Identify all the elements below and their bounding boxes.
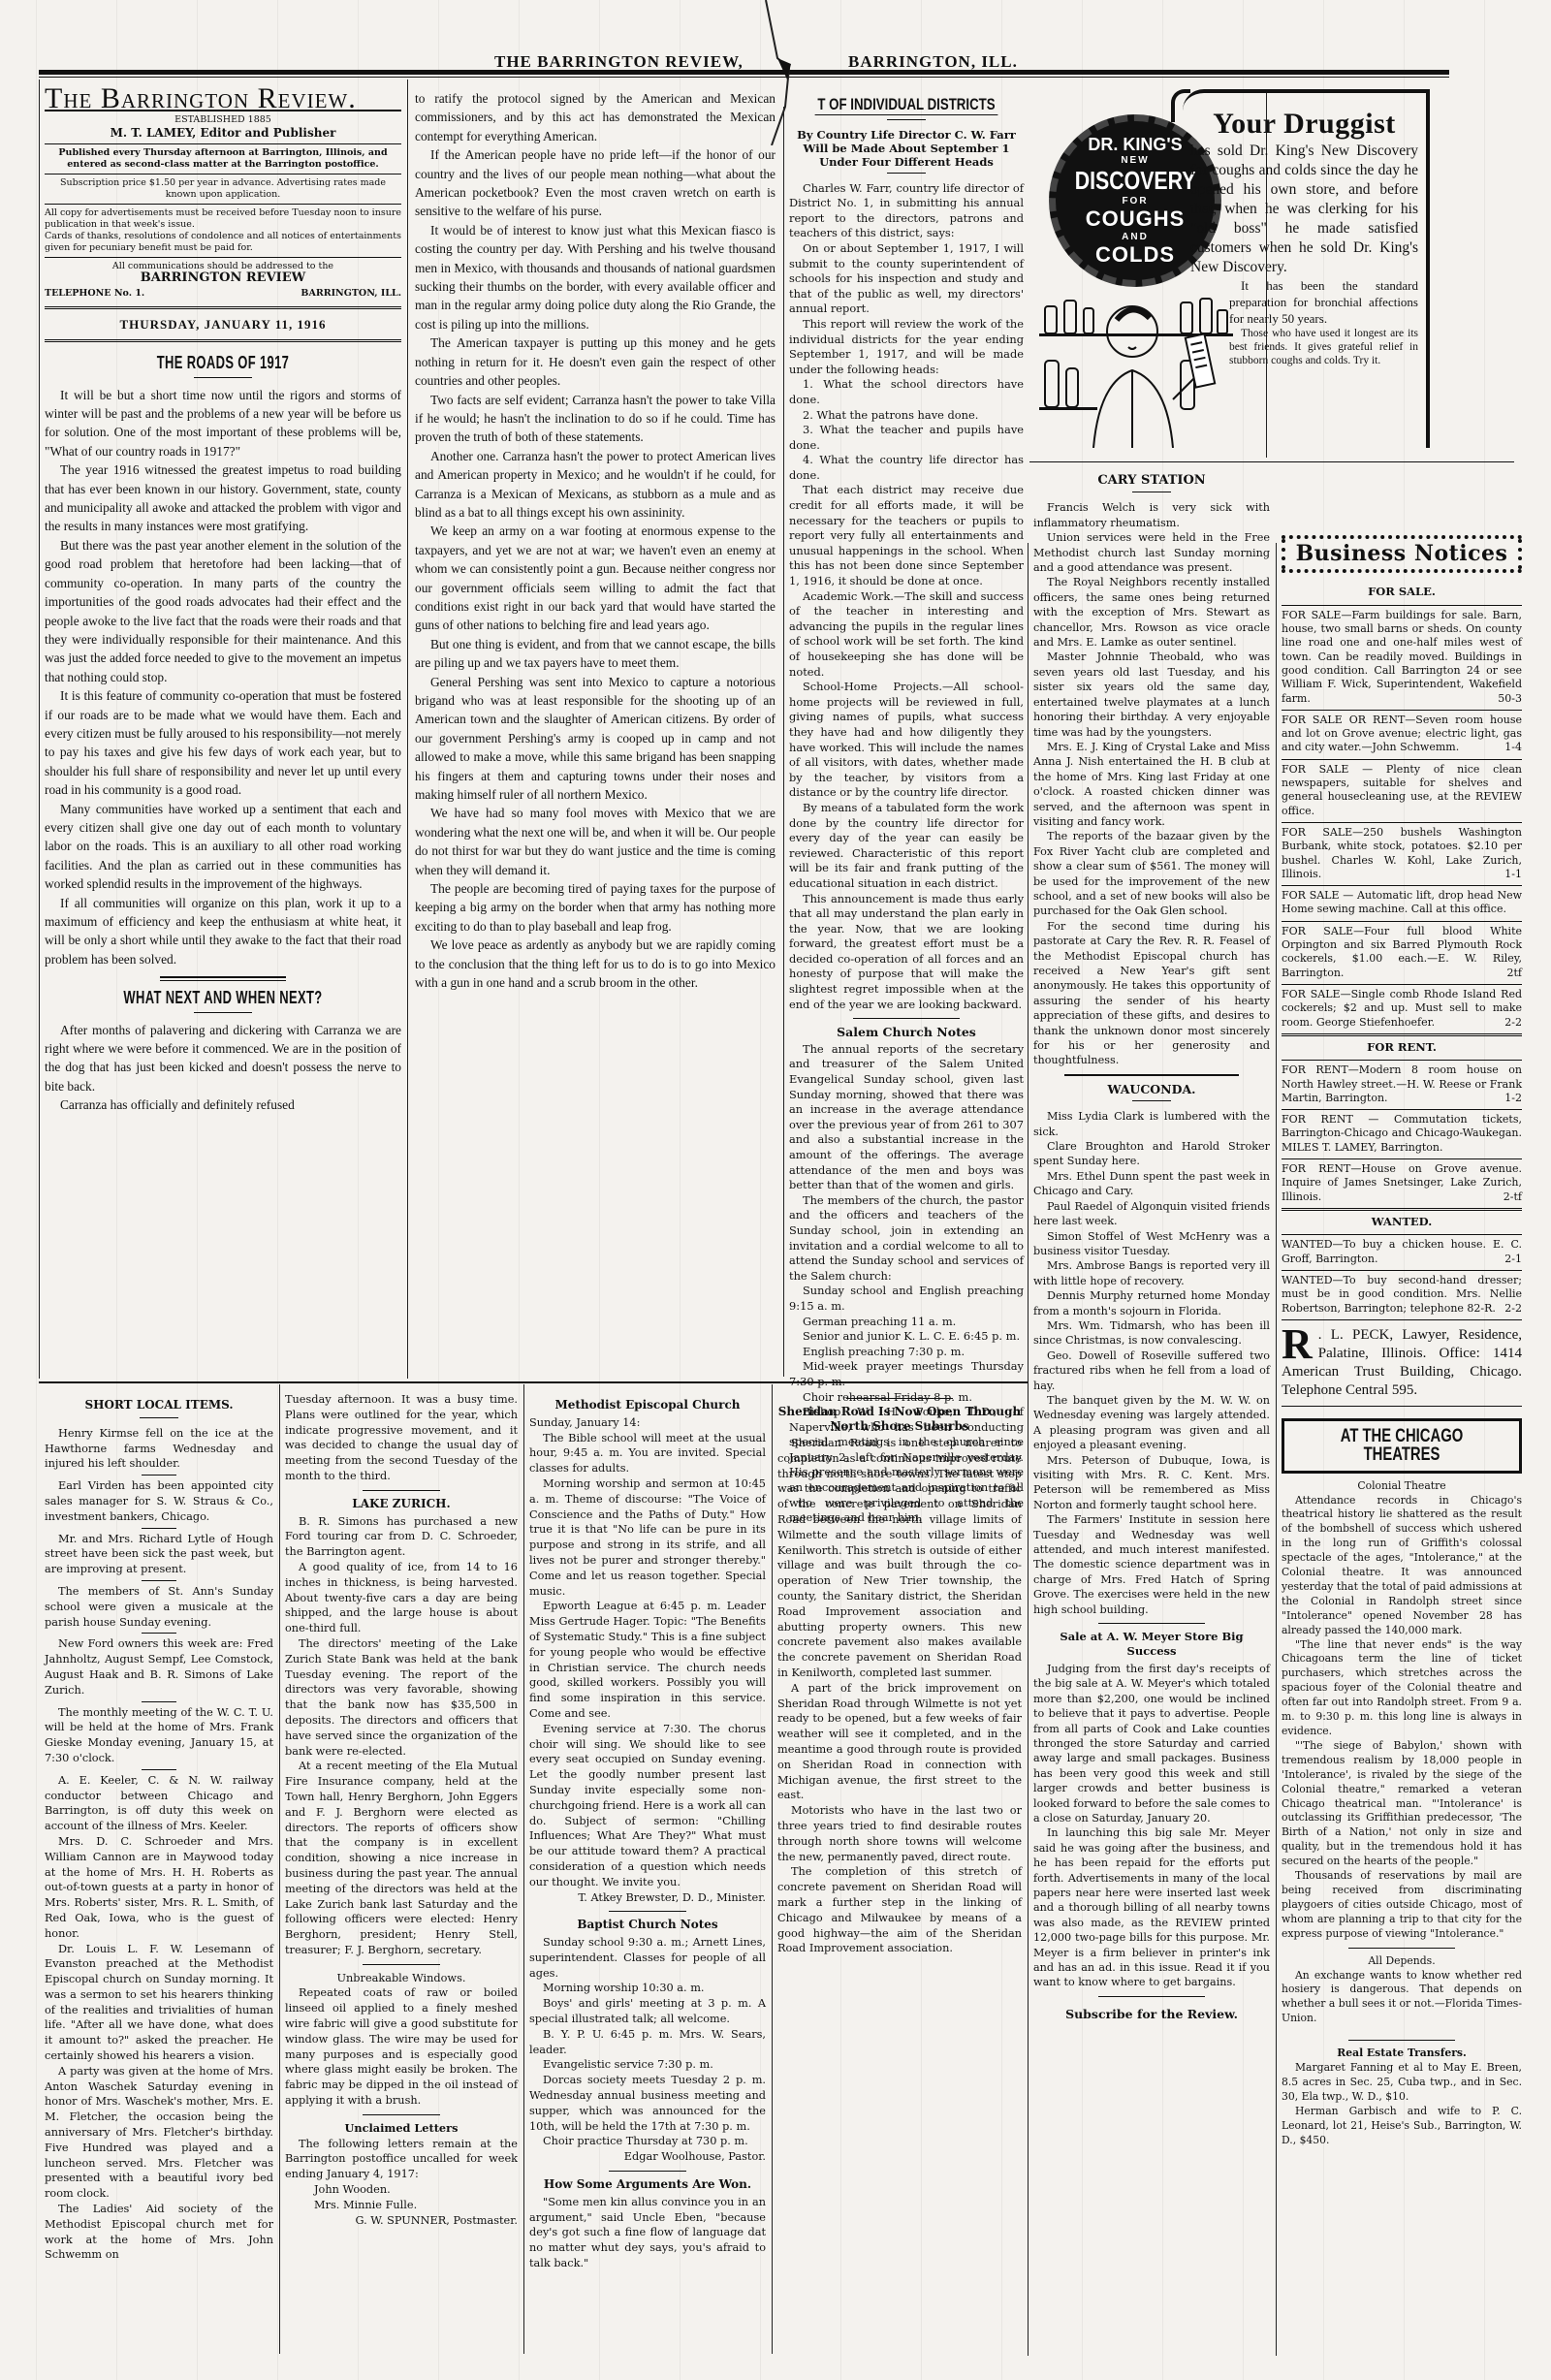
windows-headline: Unbreakable Windows.	[285, 1971, 518, 1986]
ad-code: 1-1	[1504, 868, 1522, 881]
ad-text: FOR SALE—Four full blood White Orpington…	[1282, 925, 1522, 979]
ad-body: Those who have used it longest are its b…	[1229, 327, 1418, 367]
paragraph: Academic Work.—The skill and success of …	[789, 589, 1024, 681]
ad-code: 2tf	[1507, 967, 1523, 980]
church-notes-column: Methodist Episcopal Church Sunday, Janua…	[529, 1392, 766, 2271]
paragraph: Motorists who have in the last two or th…	[777, 1803, 1022, 1864]
paragraph: Morning worship 10:30 a. m.	[529, 1981, 766, 1996]
city: BARRINGTON, ILL.	[301, 284, 401, 302]
classified-ad: FOR RENT — Commutation tickets, Barringt…	[1282, 1110, 1522, 1159]
ad-text: WANTED—To buy a chicken house. E. C. Gro…	[1282, 1238, 1522, 1264]
local-item: Mrs. D. C. Schroeder and Mrs. William Ca…	[45, 1834, 273, 1942]
paragraph: We keep an army on a war footing at enor…	[415, 522, 775, 634]
ad-text: FOR SALE—250 bushels Washington Burbank,…	[1282, 826, 1522, 880]
header-rule	[39, 70, 1449, 75]
seal-text: COLDS	[1095, 242, 1175, 268]
paragraph: By means of a tabulated form the work do…	[789, 801, 1024, 892]
ad-headline: Your Druggist	[1190, 107, 1418, 142]
ad-body: has sold Dr. King's New Discovery for co…	[1190, 142, 1418, 277]
divider	[1098, 1996, 1205, 1997]
paragraph: Dorcas society meets Tuesday 2 p. m. Wed…	[529, 2073, 766, 2134]
address-name: BARRINGTON REVIEW	[45, 272, 401, 284]
paragraph: Francis Welch is very sick with inflamma…	[1033, 500, 1270, 530]
paragraph: Sunday school 9:30 a. m.; Arnett Lines, …	[529, 1935, 766, 1981]
local-item: Earl Virden has been appointed city sale…	[45, 1478, 273, 1524]
paragraph: Mrs. Ethel Dunn spent the past week in C…	[1033, 1169, 1270, 1199]
paragraph: Another one. Carranza hasn't the power t…	[415, 447, 775, 523]
methodist-headline: Methodist Episcopal Church	[529, 1398, 766, 1413]
paragraph: The members of the church, the pastor an…	[789, 1193, 1024, 1285]
paragraph: This report will review the work of the …	[789, 317, 1024, 377]
business-notices-box: Business Notices	[1282, 535, 1522, 573]
classified-ad: WANTED—To buy second-hand dresser; must …	[1282, 1271, 1522, 1320]
paragraph: Evangelistic service 7:30 p. m.	[529, 2057, 766, 2073]
districts-column: T OF INDIVIDUAL DISTRICTS By Country Lif…	[789, 97, 1024, 1526]
paragraph: Clare Broughton and Harold Stroker spent…	[1033, 1139, 1270, 1169]
seal-text: FOR	[1122, 196, 1148, 206]
masthead-established: ESTABLISHED 1885 M. T. LAMEY, Editor and…	[45, 111, 401, 144]
ad-code: 2-2	[1504, 1016, 1522, 1030]
divider	[609, 1911, 686, 1912]
cary-station-headline: CARY STATION	[1033, 473, 1270, 488]
column-rule	[39, 79, 40, 1379]
editorial-column: The Barrington Review. ESTABLISHED 1885 …	[45, 89, 401, 1115]
ad-code: 2-tf	[1504, 1190, 1522, 1204]
editor-line: M. T. LAMEY, Editor and Publisher	[45, 126, 401, 141]
paragraph: If the American people have no pride lef…	[415, 145, 775, 221]
paragraph: Tuesday afternoon. It was a busy time. P…	[285, 1392, 518, 1484]
divider	[1064, 1074, 1239, 1076]
ad-code: 1-4	[1504, 741, 1522, 754]
meyer-sale-headline: Sale at A. W. Meyer Store Big Success	[1033, 1630, 1270, 1660]
business-notices-title: Business Notices	[1287, 545, 1516, 563]
divider	[1132, 492, 1171, 492]
masthead-address: All communications should be addressed t…	[45, 258, 401, 284]
column-rule	[279, 1384, 280, 2354]
paragraph: This announcement is made thus early tha…	[789, 892, 1024, 1013]
minister-signature: T. Atkey Brewster, D. D., Minister.	[529, 1890, 766, 1906]
header-rule-thin	[39, 77, 1449, 78]
paragraph: School-Home Projects.—All school-home pr…	[789, 680, 1024, 801]
paragraph: The banquet given by the M. W. W. on Wed…	[1033, 1393, 1270, 1453]
ad-copy: Your Druggist has sold Dr. King's New Di…	[1190, 107, 1418, 367]
paragraph: It is this feature of community co-opera…	[45, 686, 401, 799]
paragraph: Master Johnnie Theobald, who was seven y…	[1033, 650, 1270, 739]
short-local-headline: SHORT LOCAL ITEMS.	[45, 1398, 273, 1413]
business-notices-column: Business Notices FOR SALE. FOR SALE—Farm…	[1282, 531, 1522, 2147]
divider	[1348, 1948, 1455, 1949]
divider	[1098, 1623, 1205, 1624]
divider	[363, 1964, 440, 1965]
paragraph: 4. What the country life director has do…	[789, 453, 1024, 483]
paragraph: But there was the past year another elem…	[45, 536, 401, 686]
established-line: ESTABLISHED 1885	[45, 114, 401, 126]
divider	[140, 1417, 178, 1418]
seal-text: NEW	[1121, 155, 1149, 166]
theatres-article: Colonial Theatre Attendance records in C…	[1282, 1479, 1522, 2148]
ad-code: 1-2	[1504, 1092, 1522, 1105]
ad-text: FOR SALE OR RENT—Seven room house and lo…	[1282, 714, 1522, 754]
wauconda-headline: WAUCONDA.	[1033, 1082, 1270, 1096]
letter-name: Mrs. Minnie Fulle.	[285, 2198, 518, 2213]
paragraph: The people are becoming tired of paying …	[415, 879, 775, 936]
classified-ad: FOR SALE—Four full blood White Orpington…	[1282, 922, 1522, 985]
paragraph: Attendance records in Chicago's theatric…	[1282, 1494, 1522, 1638]
all-depends-headline: All Depends.	[1282, 1954, 1522, 1969]
paragraph: Two facts are self evident; Carranza has…	[415, 391, 775, 447]
paragraph: Dennis Murphy returned home Monday from …	[1033, 1288, 1270, 1318]
paragraph: German preaching 11 a. m.	[789, 1315, 1024, 1330]
ad-text: FOR RENT—House on Grove avenue. Inquire …	[1282, 1162, 1522, 1203]
letter-name: John Wooden.	[285, 2182, 518, 2198]
masthead-published: Published every Thursday afternoon at Ba…	[45, 144, 401, 175]
baptist-headline: Baptist Church Notes	[529, 1918, 766, 1933]
paragraph: The annual reports of the secretary and …	[789, 1042, 1024, 1193]
paragraph: B. R. Simons has purchased a new Ford to…	[285, 1514, 518, 1560]
masthead-contact: TELEPHONE No. 1. BARRINGTON, ILL.	[45, 284, 401, 308]
subscribe-note: Subscribe for the Review.	[1033, 2007, 1270, 2021]
paragraph: It would be of interest to know just wha…	[415, 221, 775, 333]
masthead-subscription: Subscription price $1.50 per year in adv…	[45, 175, 401, 205]
roads-article-body: It will be but a short time now until th…	[45, 386, 401, 969]
seal-text: DISCOVERY	[1075, 166, 1196, 196]
paragraph: The American taxpayer is putting up this…	[415, 333, 775, 390]
paragraph: Senior and junior K. L. C. E. 6:45 p. m.	[789, 1329, 1024, 1345]
seal-text: COUGHS	[1086, 206, 1186, 232]
pastor-signature: Edgar Woolhouse, Pastor.	[529, 2149, 766, 2165]
local-item: Henry Kirmse fell on the ice at the Hawt…	[45, 1426, 273, 1472]
seal-text: AND	[1122, 232, 1149, 242]
local-item: The Ladies' Aid society of the Methodist…	[45, 2202, 273, 2263]
column-rule	[1028, 543, 1029, 2356]
paragraph: A part of the brick improvement on Sheri…	[777, 1681, 1022, 1803]
theatre-name: Colonial Theatre	[1282, 1479, 1522, 1494]
newspaper-page: THE BARRINGTON REVIEW, BARRINGTON, ILL. …	[0, 0, 1551, 2380]
running-head-paper: THE BARRINGTON REVIEW,	[494, 52, 744, 72]
sheridan-road-column: Sheridan Road Is Now Open Through North …	[777, 1392, 1022, 1956]
districts-subhead: By Country Life Director C. W. Farr Will…	[789, 128, 1024, 169]
paragraph: A good quality of ice, from 14 to 16 inc…	[285, 1560, 518, 1636]
paragraph: On or about September 1, 1917, I will su…	[789, 241, 1024, 317]
classified-ad: WANTED—To buy a chicken house. E. C. Gro…	[1282, 1235, 1522, 1271]
divider	[887, 173, 926, 174]
paragraph: The directors' meeting of the Lake Zuric…	[285, 1636, 518, 1759]
column-rule	[523, 1384, 524, 2354]
paragraph: In launching this big sale Mr. Meyer sai…	[1033, 1825, 1270, 1989]
divider	[1348, 2040, 1455, 2041]
divider	[142, 1475, 176, 1476]
roads-headline: THE ROADS OF 1917	[95, 354, 352, 372]
column-rule	[1276, 543, 1277, 2356]
classified-ad: FOR SALE—Single comb Rhode Island Red co…	[1282, 985, 1522, 1033]
divider	[142, 1701, 176, 1702]
theatres-title: AT THE CHICAGO THEATRES	[1311, 1427, 1494, 1465]
paragraph: Carranza has officially and definitely r…	[45, 1095, 401, 1114]
classified-ad: FOR SALE — Automatic lift, drop head New…	[1282, 886, 1522, 922]
paragraph: Judging from the first day's receipts of…	[1033, 1662, 1270, 1825]
paragraph: B. Y. P. U. 6:45 p. m. Mrs. W. Sears, le…	[529, 2027, 766, 2058]
divider	[609, 2171, 686, 2172]
paragraph: to ratify the protocol signed by the Ame…	[415, 89, 775, 145]
paragraph: That each district may receive due credi…	[789, 483, 1024, 588]
ad-text: FOR RENT — Commutation tickets, Barringt…	[1282, 1113, 1522, 1154]
cards-note: Cards of thanks, resolutions of condolen…	[45, 231, 401, 254]
ad-text: FOR SALE — Plenty of nice clean newspape…	[1282, 763, 1522, 817]
paragraph: Margaret Fanning et al to May E. Breen, …	[1282, 2061, 1522, 2105]
column-rule	[783, 107, 784, 1377]
running-head-city: BARRINGTON, ILL.	[848, 52, 1018, 72]
paragraph: Charles W. Farr, country life director o…	[789, 181, 1024, 241]
paragraph: Evening service at 7:30. The chorus choi…	[529, 1722, 766, 1890]
ad-text: WANTED—To buy second-hand dresser; must …	[1282, 1274, 1522, 1315]
service-date: Sunday, January 14:	[529, 1415, 766, 1431]
paragraph: The year 1916 witnessed the greatest imp…	[45, 460, 401, 536]
divider	[363, 1490, 440, 1491]
paragraph: We have had so many fool moves with Mexi…	[415, 804, 775, 879]
ad-text: FOR SALE—Farm buildings for sale. Barn, …	[1282, 609, 1522, 705]
paragraph: Mid-week prayer meetings Thursday 7:30 p…	[789, 1359, 1024, 1389]
ad-text: FOR SALE—Single comb Rhode Island Red co…	[1282, 988, 1522, 1029]
paragraph: But one thing is evident, and from that …	[415, 635, 775, 673]
paragraph: At a recent meeting of the Ela Mutual Fi…	[285, 1759, 518, 1957]
paragraph: 2. What the patrons have done.	[789, 408, 1024, 424]
paragraph: The Royal Neighbors recently installed o…	[1033, 575, 1270, 650]
lawyer-card: R. L. PECK, Lawyer, Residence, Palatine,…	[1282, 1320, 1522, 1407]
divider	[194, 1012, 252, 1013]
arguments-headline: How Some Arguments Are Won.	[529, 2177, 766, 2193]
paragraph: For the second time during his pastorate…	[1033, 919, 1270, 1068]
paragraph: Mrs. E. J. King of Crystal Lake and Miss…	[1033, 740, 1270, 829]
telephone: TELEPHONE No. 1.	[45, 284, 144, 302]
paragraph: English preaching 7:30 p. m.	[789, 1345, 1024, 1360]
paragraph: Epworth League at 6:45 p. m. Leader Miss…	[529, 1599, 766, 1721]
divider	[887, 119, 926, 120]
divider	[142, 1528, 176, 1529]
wanted-heading: WANTED.	[1282, 1208, 1522, 1235]
double-divider	[160, 976, 286, 981]
local-item: A. E. Keeler, C. & N. W. railway conduct…	[45, 1773, 273, 1834]
classified-ad: FOR SALE—Farm buildings for sale. Barn, …	[1282, 606, 1522, 711]
local-item: Mr. and Mrs. Richard Lytle of Hough stre…	[45, 1532, 273, 1577]
paragraph: Many communities have worked up a sentim…	[45, 800, 401, 894]
issue-date: THURSDAY, JANUARY 11, 1916	[45, 309, 401, 342]
divider	[853, 1018, 960, 1019]
ad-code: 50-3	[1498, 692, 1522, 706]
paragraph: We love peace as ardently as anybody but…	[415, 936, 775, 992]
paragraph: It will be but a short time now until th…	[45, 386, 401, 461]
paragraph: Repeated coats of raw or boiled linseed …	[285, 1985, 518, 2108]
section-rule	[1029, 461, 1514, 462]
local-item: Dr. Louis L. F. W. Lesemann of Evanston …	[45, 1942, 273, 2064]
ad-code: 2-2	[1504, 1302, 1522, 1316]
paragraph: The completion of this stretch of concre…	[777, 1864, 1022, 1956]
paragraph: "'The siege of Babylon,' shown with trem…	[1282, 1739, 1522, 1869]
postmaster: G. W. SPUNNER, Postmaster.	[285, 2213, 518, 2229]
paragraph: Union services were held in the Free Met…	[1033, 530, 1270, 575]
paragraph: "The line that never ends" is the way Ch…	[1282, 1638, 1522, 1739]
local-item: New Ford owners this week are: Fred Jahn…	[45, 1636, 273, 1698]
seal-text: DR. KING'S	[1088, 135, 1182, 155]
classified-ad: FOR RENT—Modern 8 room house on North Ha…	[1282, 1061, 1522, 1110]
ad-body: It has been the standard preparation for…	[1229, 277, 1418, 327]
short-local-column: SHORT LOCAL ITEMS. Henry Kirmse fell on …	[45, 1392, 273, 2263]
classified-ad: FOR SALE OR RENT—Seven room house and lo…	[1282, 711, 1522, 760]
paragraph: Morning worship and sermon at 10:45 a. m…	[529, 1476, 766, 1599]
sheridan-road-headline: Sheridan Road Is Now Open Through North …	[777, 1405, 1022, 1434]
copy-note: All copy for advertisements must be rece…	[45, 207, 401, 231]
paragraph: General Pershing was sent into Mexico to…	[415, 673, 775, 805]
classified-ad: FOR SALE—250 bushels Washington Burbank,…	[1282, 823, 1522, 886]
paragraph: Miss Lydia Clark is lumbered with the si…	[1033, 1109, 1270, 1139]
paragraph: Simon Stoffel of West McHenry was a busi…	[1033, 1229, 1270, 1259]
paragraph: The Bible school will meet at the usual …	[529, 1431, 766, 1476]
paragraph: 3. What the teacher and pupils have done…	[789, 423, 1024, 453]
lake-zurich-column: Tuesday afternoon. It was a busy time. P…	[285, 1392, 518, 2228]
real-estate-headline: Real Estate Transfers.	[1282, 2047, 1522, 2061]
paragraph: Thousands of reservations by mail are be…	[1282, 1869, 1522, 1942]
local-item: The monthly meeting of the W. C. T. U. w…	[45, 1705, 273, 1766]
paragraph: Choir practice Thursday at 730 p. m.	[529, 2134, 766, 2149]
mexico-article-column: to ratify the protocol signed by the Ame…	[415, 89, 775, 993]
paragraph: The Farmers' Institute in session here T…	[1033, 1512, 1270, 1617]
divider	[846, 1398, 953, 1399]
lawyer-card-text: . L. PECK, Lawyer, Residence, Palatine, …	[1282, 1327, 1522, 1398]
column-rule	[407, 79, 408, 1379]
paragraph: Mrs. Ambrose Bangs is reported very ill …	[1033, 1258, 1270, 1288]
divider	[363, 2114, 440, 2115]
divider	[142, 1580, 176, 1581]
ad-code: 2-1	[1504, 1253, 1522, 1266]
cary-wauconda-column: CARY STATION Francis Welch is very sick …	[1033, 467, 1270, 2021]
paragraph: Boys' and girls' meeting at 3 p. m. A sp…	[529, 1996, 766, 2027]
paragraph: Herman Garbisch and wife to P. C. Leonar…	[1282, 2105, 1522, 2148]
masthead-title: The Barrington Review.	[45, 89, 401, 111]
paragraph: Mrs. Peterson of Dubuque, Iowa, is visit…	[1033, 1453, 1270, 1513]
paragraph: 1. What the school directors have done.	[789, 377, 1024, 407]
paragraph: An exchange wants to know whether red ho…	[1282, 1969, 1522, 2027]
paragraph: Sheridan Road is one step nearer to comp…	[777, 1436, 1022, 1681]
classified-ad: FOR RENT—House on Grove avenue. Inquire …	[1282, 1159, 1522, 1208]
paragraph: If all communities will organize on this…	[45, 894, 401, 969]
theatres-banner: AT THE CHICAGO THEATRES	[1282, 1418, 1522, 1474]
paragraph: Geo. Dowell of Roseville suffered two fr…	[1033, 1349, 1270, 1393]
for-sale-heading: FOR SALE.	[1282, 581, 1522, 605]
paragraph: Paul Raedel of Algonquin visited friends…	[1033, 1199, 1270, 1229]
divider	[142, 1769, 176, 1770]
dr-kings-advertisement: DR. KING'S NEW DISCOVERY FOR COUGHS AND …	[1035, 89, 1428, 448]
ad-text: FOR SALE — Automatic lift, drop head New…	[1282, 889, 1522, 915]
paragraph: "Some men kin allus convince you in an a…	[529, 2195, 766, 2271]
local-item: The members of St. Ann's Sunday school w…	[45, 1584, 273, 1630]
paragraph: The following letters remain at the Barr…	[285, 2137, 518, 2182]
classified-ad: FOR SALE — Plenty of nice clean newspape…	[1282, 760, 1522, 823]
for-rent-heading: FOR RENT.	[1282, 1033, 1522, 1061]
letters-headline: Unclaimed Letters	[285, 2121, 518, 2137]
paragraph: After months of palavering and dickering…	[45, 1021, 401, 1096]
salem-headline: Salem Church Notes	[789, 1025, 1024, 1040]
divider	[142, 1633, 176, 1634]
lake-zurich-headline: LAKE ZURICH.	[285, 1497, 518, 1512]
masthead-notices: All copy for advertisements must be rece…	[45, 205, 401, 258]
local-item: A party was given at the home of Mrs. An…	[45, 2064, 273, 2202]
mexico-headline: WHAT NEXT AND WHEN NEXT?	[95, 989, 352, 1007]
paragraph: Sunday school and English preaching 9:15…	[789, 1284, 1024, 1314]
ad-text: FOR RENT—Modern 8 room house on North Ha…	[1282, 1063, 1522, 1104]
paragraph: Mrs. Wm. Tidmarsh, who has been ill sinc…	[1033, 1318, 1270, 1349]
divider	[194, 377, 252, 378]
column-rule	[772, 1384, 773, 2354]
divider	[1132, 1100, 1171, 1101]
dropcap: R	[1282, 1326, 1313, 1363]
districts-headline: T OF INDIVIDUAL DISTRICTS	[815, 97, 998, 115]
paragraph: The reports of the bazaar given by the F…	[1033, 829, 1270, 918]
